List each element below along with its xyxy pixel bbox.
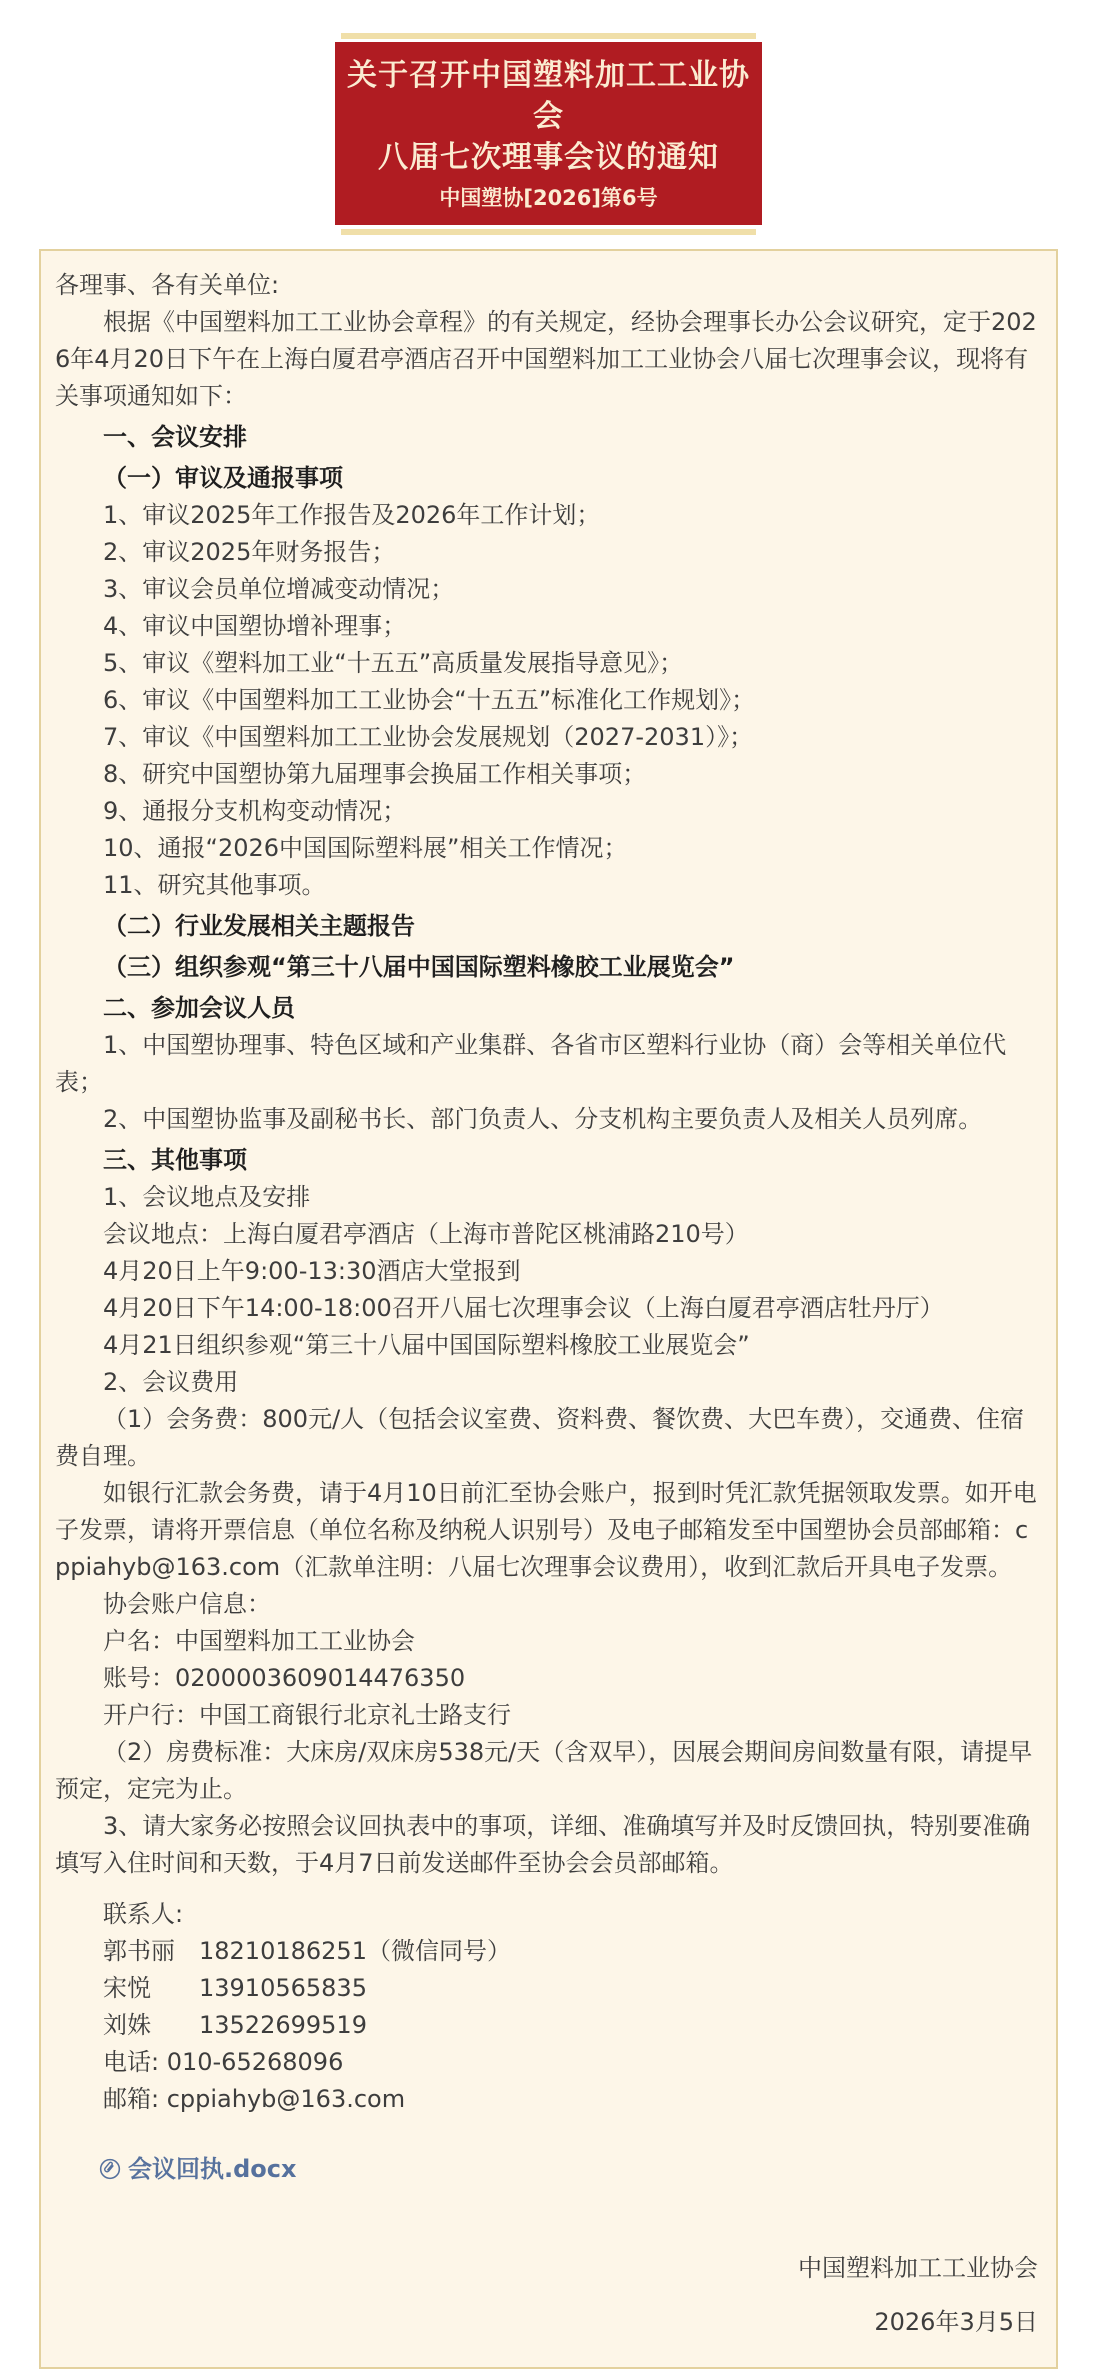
paragraph: 宋悦 13910565835: [55, 1970, 1042, 2007]
paragraph: 账号：0200003609014476350: [55, 1660, 1042, 1697]
paragraph: 4、审议中国塑协增补理事；: [55, 608, 1042, 645]
attachment-link[interactable]: 会议回执.docx: [55, 2154, 297, 2184]
paperclip-icon: [99, 2158, 121, 2180]
paragraph: 一、会议安排: [55, 419, 1042, 456]
signature-date: 2026年3月5日: [55, 2304, 1042, 2341]
banner-card: 关于召开中国塑料加工工业协会 八届七次理事会议的通知 中国塑协[2026]第6号: [335, 42, 762, 225]
banner-title-line1: 关于召开中国塑料加工工业协会: [335, 55, 762, 137]
paragraph: 10、通报“2026中国国际塑料展”相关工作情况；: [55, 830, 1042, 867]
notice-page: 关于召开中国塑料加工工业协会 八届七次理事会议的通知 中国塑协[2026]第6号…: [0, 0, 1097, 2369]
banner-top-band: [341, 33, 756, 39]
paragraph: 3、请大家务必按照会议回执表中的事项，详细、准确填写并及时反馈回执，特别要准确填…: [55, 1808, 1042, 1882]
paragraph: 邮箱: cppiahyb@163.com: [55, 2081, 1042, 2118]
paragraph: （三）组织参观“第三十八届中国国际塑料橡胶工业展览会”: [55, 949, 1042, 986]
banner: 关于召开中国塑料加工工业协会 八届七次理事会议的通知 中国塑协[2026]第6号: [0, 0, 1097, 235]
paragraph: 3、审议会员单位增减变动情况；: [55, 571, 1042, 608]
attachment-label: 会议回执.docx: [128, 2154, 297, 2184]
paragraph: 1、审议2025年工作报告及2026年工作计划；: [55, 497, 1042, 534]
paragraph: 4月20日上午9:00-13:30酒店大堂报到: [55, 1253, 1042, 1290]
paragraph: 会议地点：上海白厦君亭酒店（上海市普陀区桃浦路210号）: [55, 1216, 1042, 1253]
paragraph: 如银行汇款会务费，请于4月10日前汇至协会账户，报到时凭汇款凭据领取发票。如开电…: [55, 1475, 1042, 1586]
banner-doc-number: 中国塑协[2026]第6号: [335, 185, 762, 211]
paragraph: 三、其他事项: [55, 1142, 1042, 1179]
paragraph: （一）审议及通报事项: [55, 460, 1042, 497]
paragraph: 2、会议费用: [55, 1364, 1042, 1401]
paragraph: 5、审议《塑料加工业“十五五”高质量发展指导意见》；: [55, 645, 1042, 682]
paragraph: 协会账户信息：: [55, 1586, 1042, 1623]
paragraph: 4月20日下午14:00-18:00召开八届七次理事会议（上海白厦君亭酒店牡丹厅…: [55, 1290, 1042, 1327]
paragraph: 11、研究其他事项。: [55, 867, 1042, 904]
paragraph: 联系人:: [55, 1896, 1042, 1933]
paragraph: 各理事、各有关单位:: [55, 267, 1042, 304]
paragraph: 2、中国塑协监事及副秘书长、部门负责人、分支机构主要负责人及相关人员列席。: [55, 1101, 1042, 1138]
signature-org: 中国塑料加工工业协会: [55, 2250, 1042, 2287]
paragraph: 户名：中国塑料加工工业协会: [55, 1623, 1042, 1660]
paragraph: （2）房费标准：大床房/双床房538元/天（含双早），因展会期间房间数量有限，请…: [55, 1734, 1042, 1808]
paragraph: 6、审议《中国塑料加工工业协会“十五五”标准化工作规划》；: [55, 682, 1042, 719]
banner-bottom-band: [341, 229, 756, 235]
banner-title-line2: 八届七次理事会议的通知: [335, 137, 762, 178]
paragraph-list: 各理事、各有关单位:根据《中国塑料加工工业协会章程》的有关规定，经协会理事长办公…: [55, 267, 1042, 2118]
notice-body: 各理事、各有关单位:根据《中国塑料加工工业协会章程》的有关规定，经协会理事长办公…: [39, 249, 1058, 2369]
paragraph: 电话: 010-65268096: [55, 2044, 1042, 2081]
paragraph: 1、会议地点及安排: [55, 1179, 1042, 1216]
paragraph: 二、参加会议人员: [55, 990, 1042, 1027]
paragraph: 开户行：中国工商银行北京礼士路支行: [55, 1697, 1042, 1734]
paragraph: 2、审议2025年财务报告；: [55, 534, 1042, 571]
paragraph: （二）行业发展相关主题报告: [55, 908, 1042, 945]
paragraph: 9、通报分支机构变动情况；: [55, 793, 1042, 830]
paragraph: 根据《中国塑料加工工业协会章程》的有关规定，经协会理事长办公会议研究，定于202…: [55, 304, 1042, 415]
paragraph: （1）会务费：800元/人（包括会议室费、资料费、餐饮费、大巴车费），交通费、住…: [55, 1401, 1042, 1475]
paragraph: 刘姝 13522699519: [55, 2007, 1042, 2044]
paragraph: 郭书丽 18210186251（微信同号）: [55, 1933, 1042, 1970]
paragraph: 7、审议《中国塑料加工工业协会发展规划（2027-2031）》；: [55, 719, 1042, 756]
paragraph: 8、研究中国塑协第九届理事会换届工作相关事项；: [55, 756, 1042, 793]
paragraph: 1、中国塑协理事、特色区域和产业集群、各省市区塑料行业协（商）会等相关单位代表；: [55, 1027, 1042, 1101]
paragraph: 4月21日组织参观“第三十八届中国国际塑料橡胶工业展览会”: [55, 1327, 1042, 1364]
